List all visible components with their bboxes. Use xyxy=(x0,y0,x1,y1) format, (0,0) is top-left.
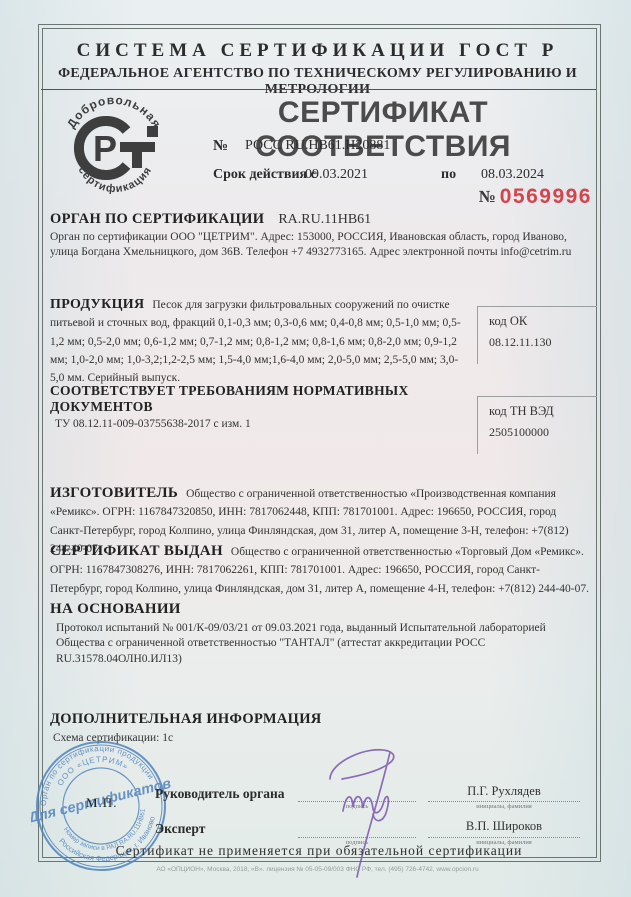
additional-info-heading: ДОПОЛНИТЕЛЬНАЯ ИНФОРМАЦИЯ xyxy=(50,711,585,728)
certification-body-heading: ОРГАН ПО СЕРТИФИКАЦИИ xyxy=(50,211,264,227)
product-section: ПРОДУКЦИЯПесок для загрузки фильтровальн… xyxy=(50,295,470,386)
conformity-section: СООТВЕТСТВУЕТ ТРЕБОВАНИЯМ НОРМАТИВНЫХ ДО… xyxy=(50,383,470,432)
certification-body-code: RA.RU.11НВ61 xyxy=(268,212,371,227)
rst-logo: Добровольная сертификация Р xyxy=(53,91,173,203)
head-name: П.Г. Рухлядев xyxy=(428,784,580,799)
logo-t-stem xyxy=(132,142,142,168)
valid-to-label: по xyxy=(441,167,456,183)
head-name-caption: инициалы, фамилия xyxy=(428,803,580,810)
basis-text: Протокол испытаний № 001/К-09/03/21 от 0… xyxy=(50,621,578,667)
head-of-body-label: Руководитель органа xyxy=(155,786,285,802)
header-divider xyxy=(41,89,596,90)
expert-name-line xyxy=(428,837,580,838)
cert-number: РОСС RU.НВ61.Н20881 xyxy=(245,138,390,154)
tnved-code-box: код ТН ВЭД 2505100000 xyxy=(477,396,597,454)
conformity-heading: СООТВЕТСТВУЕТ ТРЕБОВАНИЯМ НОРМАТИВНЫХ ДО… xyxy=(50,383,470,415)
disclaimer-text: Сертификат не применяется при обязательн… xyxy=(40,843,598,859)
system-title: СИСТЕМА СЕРТИФИКАЦИИ ГОСТ Р xyxy=(40,40,595,62)
expert-name: В.П. Широков xyxy=(428,819,580,834)
valid-from-date: 09.03.2021 xyxy=(305,167,368,183)
certification-body-text: Орган по сертификации ООО "ЦЕТРИМ". Адре… xyxy=(50,230,578,261)
certificate-page: СИСТЕМА СЕРТИФИКАЦИИ ГОСТ Р ФЕДЕРАЛЬНОЕ … xyxy=(0,0,631,897)
basis-section: НА ОСНОВАНИИ Протокол испытаний № 001/К-… xyxy=(50,601,585,667)
cert-number-sign: № xyxy=(213,138,228,155)
blank-number: № 0569996 xyxy=(380,185,592,209)
certification-body-section: ОРГАН ПО СЕРТИФИКАЦИИ RA.RU.11НВ61 Орган… xyxy=(50,210,585,261)
manufacturer-heading: ИЗГОТОВИТЕЛЬ xyxy=(50,485,186,501)
product-heading: ПРОДУКЦИЯ xyxy=(50,297,152,312)
tnved-code-value: 2505100000 xyxy=(489,425,597,440)
ok-code-box: код ОК 08.12.11.130 xyxy=(477,306,597,364)
tnved-code-label: код ТН ВЭД xyxy=(489,404,597,419)
head-signature-caption: подпись xyxy=(298,803,416,810)
conformity-text: ТУ 08.12.11-009-03755638-2017 с изм. 1 xyxy=(50,417,470,432)
head-name-line xyxy=(428,801,580,802)
ok-code-label: код ОК xyxy=(489,314,597,329)
rst-mark-icon: Добровольная сертификация Р xyxy=(53,91,173,203)
logo-p-letter: Р xyxy=(93,128,117,169)
issued-to-section: СЕРТИФИКАТ ВЫДАНОбщество с ограниченной … xyxy=(50,542,590,597)
issued-to-heading: СЕРТИФИКАТ ВЫДАН xyxy=(50,543,231,559)
ok-code-value: 08.12.11.130 xyxy=(489,335,597,350)
head-signature-line xyxy=(298,801,416,802)
validity-label: Срок действия с xyxy=(213,167,317,183)
print-shop-info: АО «ОПЦИОН», Москва, 2018, «В». лицензия… xyxy=(40,866,595,873)
mp-mark: М.П. xyxy=(86,795,117,811)
blank-number-digits: 0569996 xyxy=(500,185,592,208)
blank-number-sign: № xyxy=(479,187,496,206)
expert-label: Эксперт xyxy=(155,821,205,837)
basis-heading: НА ОСНОВАНИИ xyxy=(50,601,585,618)
expert-signature-line xyxy=(298,837,416,838)
valid-to-date: 08.03.2024 xyxy=(481,167,544,183)
logo-t-dot xyxy=(147,126,158,137)
